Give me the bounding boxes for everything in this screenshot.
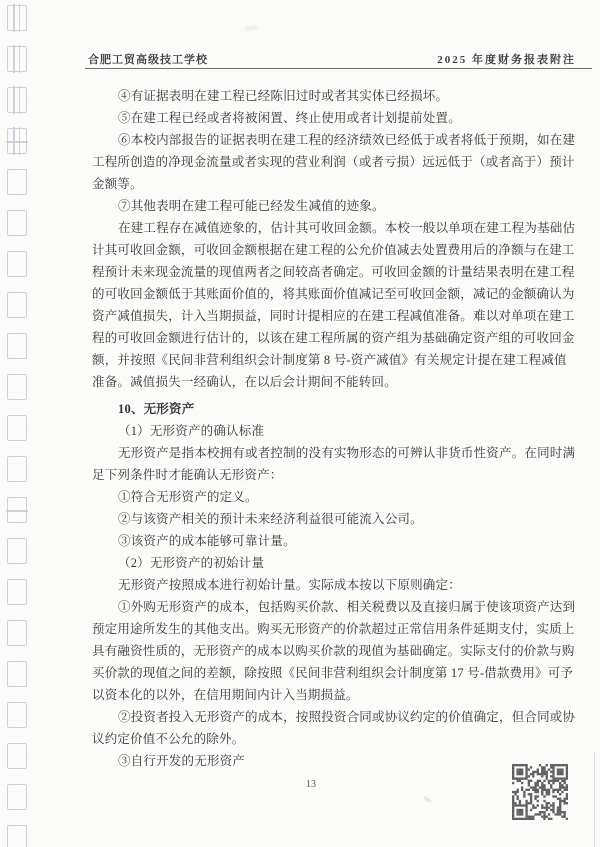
binding-hole-line <box>13 4 15 32</box>
binding-hole <box>7 456 27 482</box>
body-line: 买价款的现值之间的差额，除按照《民间非营利组织会计制度第 17 号-借款费用》可… <box>92 662 554 684</box>
body-line: 议约定价值不公允的除外。 <box>92 728 554 750</box>
body-line: ⑦其他表明在建工程可能已经发生减值的迹象。 <box>92 195 554 217</box>
body-line: ⑤在建工程已经或者将被闲置、终止使用或者计划提前处置。 <box>92 107 554 129</box>
binding-hole <box>7 743 27 769</box>
binding-hole <box>7 169 27 195</box>
body-line: 程预计未来现金流量的现值两者之间较高者确定。可收回金额的计量结果表明在建工程 <box>92 261 554 283</box>
binding-hole-line <box>6 510 28 512</box>
body-line: 无形资产按照成本进行初始计量。实际成本按以下原则确定： <box>92 574 554 596</box>
scan-artifact <box>244 25 258 31</box>
scanned-document-page: 合肥工贸高级技工学校 2025 年度财务报表附注 ④有证据表明在建工程已经陈旧过… <box>0 0 600 847</box>
binding-hole <box>7 497 27 523</box>
body-line: 预定用途所发生的其他支出。购买无形资产的价款超过正常信用条件延期支付，实质上 <box>92 618 554 640</box>
scan-artifact <box>423 796 432 803</box>
binding-hole <box>7 87 27 113</box>
body-line: 程的可收回金额进行估计的，以该在建工程所属的资产组为基础确定资产组的可收回金 <box>92 327 554 349</box>
header-rule <box>85 68 592 69</box>
binding-hole-line <box>19 4 21 32</box>
page-edge-shadow <box>594 752 595 847</box>
binding-hole <box>7 620 27 646</box>
binding-hole <box>7 538 27 564</box>
binding-hole <box>7 46 27 72</box>
binding-hole-line <box>19 86 21 114</box>
body-line: ③自行开发的无形资产 <box>92 750 554 772</box>
body-line: ①外购无形资产的成本，包括购买价款、相关税费以及直接归属于使该项资产达到 <box>92 596 554 618</box>
binding-hole <box>7 702 27 728</box>
body-line: ⑥本校内部报告的证据表明在建工程的经济绩效已经低于或者将低于预期，如在建 <box>92 129 554 151</box>
body-line: ②与该资产相关的预计未来经济利益很可能流入公司。 <box>92 508 554 530</box>
body-line: 金额等。 <box>92 173 554 195</box>
body-line: 无形资产是指本校拥有或者控制的没有实物形态的可辨认非货币性资产。在同时满 <box>92 442 554 464</box>
binding-hole <box>7 784 27 810</box>
binding-hole <box>7 579 27 605</box>
binding-hole-line <box>13 86 15 114</box>
binding-hole <box>7 661 27 687</box>
binding-hole <box>7 333 27 359</box>
binding-hole <box>7 5 27 31</box>
body-line: （1）无形资产的确认标准 <box>92 420 554 442</box>
section-heading: 10、无形资产 <box>92 398 554 420</box>
binding-hole <box>7 210 27 236</box>
body-line: ①符合无形资产的定义。 <box>92 486 554 508</box>
page-number: 13 <box>306 779 316 790</box>
body-line: 准备。减值损失一经确认，在以后会计期间不能转回。 <box>92 371 554 393</box>
qr-code <box>512 764 568 820</box>
binding-hole <box>7 415 27 441</box>
body-line: 工程所创造的净现金流量或者实现的营业利润（或者亏损）远远低于（或者高于）预计 <box>92 151 554 173</box>
body-line: 资产减值损失，计入当期损益，同时计提相应的在建工程减值准备。难以对单项在建工 <box>92 305 554 327</box>
body-line: 计其可收回金额，可收回金额根据在建工程的公允价值减去处置费用后的净额与在建工 <box>92 239 554 261</box>
header-report-title: 2025 年度财务报表附注 <box>437 51 576 67</box>
binding-hole <box>7 292 27 318</box>
body-line: （2）无形资产的初始计量 <box>92 552 554 574</box>
binding-holes-column <box>0 0 40 847</box>
body-line: 额，并按照《民间非营利组织会计制度第 8 号-资产减值》有关规定计提在建工程减值 <box>92 349 554 371</box>
body-line: 的可收回金额低于其账面价值的，将其账面价值减记至可收回金额，减记的金额确认为 <box>92 283 554 305</box>
binding-hole-line <box>19 45 21 73</box>
header-school-name: 合肥工贸高级技工学校 <box>88 51 208 67</box>
binding-hole <box>7 251 27 277</box>
body-line: 以资本化的以外，在信用期间内计入当期损益。 <box>92 684 554 706</box>
binding-hole-line <box>13 45 15 73</box>
body-line: ③该资产的成本能够可靠计量。 <box>92 530 554 552</box>
body-line: ②投资者投入无形资产的成本，按照投资合同或协议约定的价值确定，但合同或协 <box>92 706 554 728</box>
body-line: 具有融资性质的，无形资产的成本以购买价款的现值为基础确定。实际支付的价款与购 <box>92 640 554 662</box>
binding-hole-line <box>6 141 28 143</box>
body-line: 足下列条件时才能确认无形资产： <box>92 464 554 486</box>
body-line: ④有证据表明在建工程已经陈旧过时或者其实体已经损坏。 <box>92 85 554 107</box>
binding-hole <box>7 374 27 400</box>
document-body: ④有证据表明在建工程已经陈旧过时或者其实体已经损坏。⑤在建工程已经或者将被闲置、… <box>92 85 554 772</box>
body-line: 在建工程存在减值迹象的，估计其可收回金额。本校一般以单项在建工程为基础估 <box>92 217 554 239</box>
binding-hole <box>7 128 27 154</box>
binding-hole <box>7 825 27 847</box>
